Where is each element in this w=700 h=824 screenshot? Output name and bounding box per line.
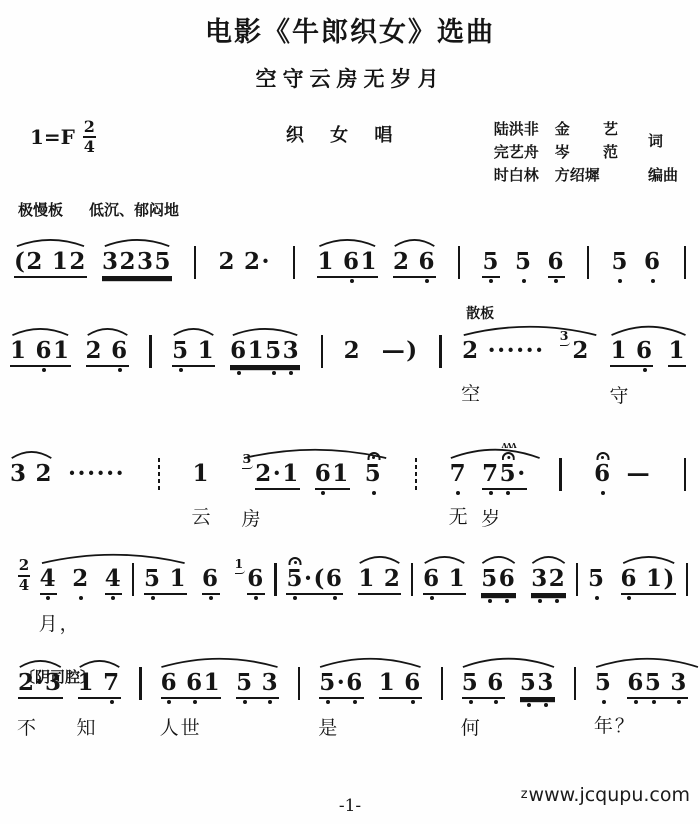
- lyric: 空: [461, 379, 482, 406]
- barline: [321, 335, 323, 368]
- low-octave-dot: [488, 599, 492, 603]
- tempo-row: 极慢板 低沉、郁闷地: [4, 199, 696, 220]
- low-octave-dot: [333, 596, 337, 600]
- note-part: 32: [531, 567, 566, 595]
- low-octave-dot: [118, 368, 122, 372]
- low-octave-dot: [601, 491, 605, 495]
- note-numbers: ······: [68, 462, 125, 488]
- music-line: 244月，245 16165·(61 26 1563256 1): [10, 535, 690, 640]
- low-octave-dot: [555, 599, 559, 603]
- note-numbers: 1: [668, 339, 686, 367]
- lyric: 不: [17, 713, 38, 740]
- note-part: (2 12: [14, 250, 87, 278]
- note-part: 6: [202, 567, 220, 595]
- low-octave-dot: [46, 596, 50, 600]
- note-group: 6 15632: [423, 567, 566, 595]
- note-numbers: 6: [594, 462, 612, 488]
- note-numbers: 2 6: [86, 339, 129, 367]
- note-numbers: 3235: [102, 250, 172, 278]
- barline: [576, 563, 578, 596]
- note-part: 61: [315, 462, 350, 490]
- low-octave-dot: [268, 700, 272, 704]
- note-part: 16: [235, 567, 265, 595]
- note-numbers: 6: [644, 250, 662, 276]
- phrase-arc: [10, 326, 71, 336]
- lyric: 无: [449, 502, 470, 529]
- barline: [149, 335, 151, 368]
- barline: [411, 563, 413, 596]
- note-part: 7无: [450, 462, 468, 488]
- grace-note: 1: [235, 558, 246, 574]
- barline: [684, 458, 686, 491]
- arranger-label: 编曲: [648, 165, 678, 185]
- note-group: 2 2·: [218, 250, 271, 276]
- note-numbers: 6153: [230, 339, 300, 367]
- note-numbers: (2 12: [14, 250, 87, 278]
- note-numbers: 5 1: [172, 339, 215, 367]
- barline: [559, 458, 561, 491]
- note-group: 1 6守1: [610, 339, 686, 367]
- note-part: 5: [515, 250, 533, 276]
- low-octave-dot: [652, 700, 656, 704]
- low-octave-dot: [627, 596, 631, 600]
- note-part: 56: [481, 567, 516, 595]
- low-octave-dot: [111, 596, 115, 600]
- note-numbers: 6: [202, 567, 220, 595]
- note-numbers: 61: [315, 462, 350, 490]
- fermata-mark: [289, 557, 302, 565]
- music-line: (2 1232352 2·1 612 655656: [10, 220, 690, 297]
- note-numbers: 32: [531, 567, 566, 595]
- note-part: 1 2: [358, 567, 401, 595]
- time-sig-bottom: 4: [19, 578, 29, 593]
- barline: [458, 246, 460, 279]
- note-numbers: 4: [105, 567, 123, 595]
- note-group: 5·(61 2: [286, 567, 401, 595]
- phrase-arc: [172, 326, 215, 336]
- section-tempo-label: 散板: [466, 303, 494, 323]
- barline: [686, 563, 688, 596]
- barline: [587, 246, 589, 279]
- low-octave-dot: [489, 279, 493, 283]
- low-octave-dot: [209, 596, 213, 600]
- low-octave-dot: [522, 279, 526, 283]
- note-group: 1 612 6: [10, 339, 129, 367]
- phrase-arc: [423, 554, 466, 564]
- phrase-arc: [531, 554, 566, 564]
- lyric: 月，: [39, 609, 81, 636]
- note-part: —): [382, 339, 419, 365]
- note-part: 6: [548, 250, 566, 278]
- low-octave-dot: [651, 279, 655, 283]
- key-label: 1=F: [30, 125, 75, 149]
- barline: [293, 246, 295, 279]
- note-part: 6 1: [423, 567, 466, 595]
- note-numbers: 5·(6: [286, 567, 343, 595]
- page-footer: -1- zwww.jcqupu.com: [0, 788, 700, 818]
- phrase-arc: [14, 237, 87, 247]
- lyricist-label: 词: [648, 131, 678, 151]
- note-part: 6153: [230, 339, 300, 367]
- note-group: 3 2······: [10, 462, 125, 488]
- note-numbers: 6: [247, 567, 265, 595]
- note-part: 4月，: [40, 567, 58, 595]
- low-octave-dot: [456, 491, 460, 495]
- low-octave-dot: [167, 700, 171, 704]
- note-numbers: 6: [548, 250, 566, 278]
- slur-arc: [610, 323, 687, 336]
- phrase-arc: [102, 237, 172, 247]
- note-part: 6: [644, 250, 662, 276]
- fermata-mark: [596, 452, 609, 460]
- note-part: 2 2·: [218, 250, 271, 276]
- note-group: 5 1616: [144, 567, 265, 595]
- phrase-arc: [621, 554, 676, 564]
- note-part: 5·(6: [286, 567, 343, 595]
- note-numbers: 2: [72, 567, 90, 593]
- watermark-text: www.jcqupu.com: [529, 784, 690, 806]
- note-numbers: 1 6: [610, 339, 653, 367]
- low-octave-dot: [243, 700, 247, 704]
- low-octave-dot: [289, 371, 293, 375]
- phrase-arc: [481, 554, 516, 564]
- low-octave-dot: [272, 371, 276, 375]
- note-group: 4月，24: [40, 567, 123, 595]
- phrase-arc: [86, 326, 129, 336]
- music-line: 1 612 65 161532—)散板2 ······空321 6守1: [10, 297, 690, 416]
- note-part: 2 6: [393, 250, 436, 278]
- low-octave-dot: [618, 279, 622, 283]
- low-octave-dot: [634, 700, 638, 704]
- note-part: 3235: [102, 250, 172, 278]
- note-group: 56 1): [588, 567, 676, 595]
- note-part: 3 2: [10, 462, 53, 488]
- note-group: —): [382, 339, 419, 365]
- note-group: 32·1房615: [242, 462, 382, 490]
- note-part: 1 61: [10, 339, 71, 367]
- phrase-arc: [230, 326, 300, 336]
- note-numbers: 2 6: [393, 250, 436, 278]
- note-group: (2 123235: [14, 250, 172, 278]
- note-numbers: 2 ······: [462, 339, 545, 365]
- note-numbers: —): [382, 339, 419, 365]
- low-octave-dot: [544, 703, 548, 707]
- page-title: 电影《牛郎织女》选曲: [4, 10, 696, 49]
- low-octave-dot: [350, 279, 354, 283]
- note-group: 556: [482, 250, 565, 278]
- phrase-arc: [10, 449, 53, 459]
- dashed-barline: [415, 458, 417, 491]
- note-numbers: 5: [588, 567, 606, 593]
- lyric: 何: [461, 713, 482, 740]
- lyric: 守: [609, 381, 630, 408]
- note-part: 4: [105, 567, 123, 595]
- note-part: 32·1房: [242, 462, 299, 490]
- score-page: 电影《牛郎织女》选曲 空守云房无岁月 1=F 2 4 织 女 唱 陆洪非 金 艺…: [0, 0, 700, 824]
- time-signature: 24: [18, 558, 30, 593]
- note-numbers: 6 1): [621, 567, 676, 595]
- meter-bottom: 4: [84, 139, 95, 155]
- tempo-marking: 极慢板: [18, 199, 63, 220]
- low-octave-dot: [595, 596, 599, 600]
- note-numbers: 7: [450, 462, 468, 488]
- music-line: 3 2······1云32·1房6157无7ʌʌʌ5·岁6—: [10, 416, 690, 535]
- music-area: (2 1232352 2·1 612 6556561 612 65 161532…: [4, 220, 696, 740]
- low-octave-dot: [326, 700, 330, 704]
- barline: [132, 563, 134, 596]
- note-part: 5: [611, 250, 629, 276]
- lyric: 云: [191, 502, 212, 529]
- low-octave-dot: [254, 596, 258, 600]
- credit-name: 方绍墀: [555, 165, 632, 185]
- note-part: 2 6: [86, 339, 129, 367]
- note-numbers: 6 1: [423, 567, 466, 595]
- low-octave-dot: [353, 700, 357, 704]
- watermark: zwww.jcqupu.com: [521, 784, 690, 806]
- note-part: 1云: [192, 462, 210, 488]
- low-octave-dot: [506, 491, 510, 495]
- note-group: 散板2 ······空32: [462, 339, 590, 365]
- note-group: 1 612 6: [317, 250, 436, 278]
- note-group: 56: [611, 250, 661, 276]
- time-sig-top: 2: [19, 558, 29, 573]
- note-part: 6 1): [621, 567, 676, 595]
- credit-name: 时白林: [494, 165, 539, 185]
- note-numbers: 1 61: [317, 250, 378, 278]
- note-part: 5 1: [172, 339, 215, 367]
- low-octave-dot: [505, 599, 509, 603]
- note-numbers: 2: [572, 339, 590, 365]
- lyric: 是: [318, 713, 339, 740]
- note-part: 2 ······空: [462, 339, 545, 365]
- note-part: 6: [594, 462, 612, 488]
- low-octave-dot: [372, 491, 376, 495]
- credits-block: 陆洪非 金 艺 词 完艺舟 岑 范 时白林 方绍墀 编曲: [494, 119, 678, 185]
- note-numbers: 5: [515, 250, 533, 276]
- note-numbers: 4: [40, 567, 58, 595]
- low-octave-dot: [554, 279, 558, 283]
- note-part: 2: [72, 567, 90, 593]
- watermark-logo-icon: z: [521, 787, 528, 802]
- note-numbers: 1 61: [10, 339, 71, 367]
- low-octave-dot: [430, 596, 434, 600]
- barline: [194, 246, 196, 279]
- expression-marking: 低沉、郁闷地: [89, 199, 179, 220]
- note-part: 5: [365, 462, 383, 488]
- note-numbers: 5: [611, 250, 629, 276]
- phrase-arc: [317, 237, 378, 247]
- barline: [439, 335, 441, 368]
- low-octave-dot: [321, 491, 325, 495]
- note-part: 5 1: [144, 567, 187, 595]
- note-group: 2: [344, 339, 362, 365]
- low-octave-dot: [489, 491, 493, 495]
- lyric: 年？: [594, 711, 636, 738]
- note-group: 1云: [192, 462, 210, 488]
- low-octave-dot: [42, 368, 46, 372]
- note-numbers: 1 2: [358, 567, 401, 595]
- note-numbers: 2·1: [255, 462, 300, 490]
- low-octave-dot: [179, 368, 183, 372]
- note-part: 32: [560, 339, 590, 365]
- credit-name: 金 艺: [555, 119, 632, 139]
- note-part: 1 61: [317, 250, 378, 278]
- note-part: —: [627, 462, 652, 488]
- lyric: 岁: [481, 504, 502, 531]
- note-group: 5 16153: [172, 339, 300, 367]
- slur-arc: [449, 446, 541, 459]
- low-octave-dot: [79, 596, 83, 600]
- note-part: 2: [344, 339, 362, 365]
- note-group: 6—: [594, 462, 651, 488]
- low-octave-dot: [602, 700, 606, 704]
- note-numbers: 5 1: [144, 567, 187, 595]
- low-octave-dot: [411, 700, 415, 704]
- note-numbers: 1: [192, 462, 210, 488]
- meter-top: 2: [84, 119, 95, 135]
- note-group: 7无7ʌʌʌ5·岁: [450, 462, 527, 490]
- note-numbers: —: [627, 462, 652, 488]
- barline: [684, 246, 686, 279]
- phrase-arc: [358, 554, 401, 564]
- lyric: 房: [241, 504, 262, 531]
- barline: [274, 563, 276, 596]
- slur-arc: [241, 446, 389, 459]
- credit-name: 岑 范: [555, 142, 632, 162]
- note-part: ······: [68, 462, 125, 488]
- note-part: 5: [588, 567, 606, 593]
- slur-arc: [39, 551, 188, 564]
- song-title: 空守云房无岁月: [4, 63, 696, 93]
- note-numbers: 7ʌʌʌ5·: [482, 462, 527, 490]
- note-numbers: 3 2: [10, 462, 53, 488]
- low-octave-dot: [643, 368, 647, 372]
- low-octave-dot: [469, 700, 473, 704]
- low-octave-dot: [293, 596, 297, 600]
- low-octave-dot: [494, 700, 498, 704]
- low-octave-dot: [110, 700, 114, 704]
- note-part: 1: [668, 339, 686, 367]
- low-octave-dot: [538, 599, 542, 603]
- note-numbers: 2: [344, 339, 362, 365]
- page-number: -1-: [339, 796, 361, 816]
- note-numbers: 56: [481, 567, 516, 595]
- low-octave-dot: [425, 279, 429, 283]
- credit-name: 完艺舟: [494, 142, 539, 162]
- key-row: 1=F 2 4 织 女 唱 陆洪非 金 艺 词 完艺舟 岑 范 时白林 方绍墀 …: [4, 119, 696, 185]
- note-numbers: 2 2·: [218, 250, 271, 276]
- aria-style-label: 〔阴司腔〕: [20, 666, 690, 687]
- low-octave-dot: [527, 703, 531, 707]
- low-octave-dot: [677, 700, 681, 704]
- low-octave-dot: [237, 371, 241, 375]
- lyric: 人世: [160, 713, 202, 740]
- low-octave-dot: [151, 596, 155, 600]
- key-signature: 1=F 2 4: [30, 119, 96, 155]
- note-numbers: 5: [365, 462, 383, 488]
- note-part: 1 6守: [610, 339, 653, 367]
- low-octave-dot: [193, 700, 197, 704]
- note-numbers: 5: [482, 250, 500, 278]
- note-part: 7ʌʌʌ5·岁: [482, 462, 527, 490]
- slur-arc: [461, 323, 599, 336]
- music-line: 2·3不1 7知6 61人世5 35·6是1 65 6何535年？65 3: [10, 641, 690, 740]
- credit-name: 陆洪非: [494, 119, 539, 139]
- singer-label: 织 女 唱: [286, 121, 403, 147]
- dashed-barline: [158, 458, 160, 491]
- lyric: 知: [77, 713, 98, 740]
- note-part: 5: [482, 250, 500, 278]
- time-signature-header: 2 4: [83, 119, 96, 155]
- phrase-arc: [393, 237, 436, 247]
